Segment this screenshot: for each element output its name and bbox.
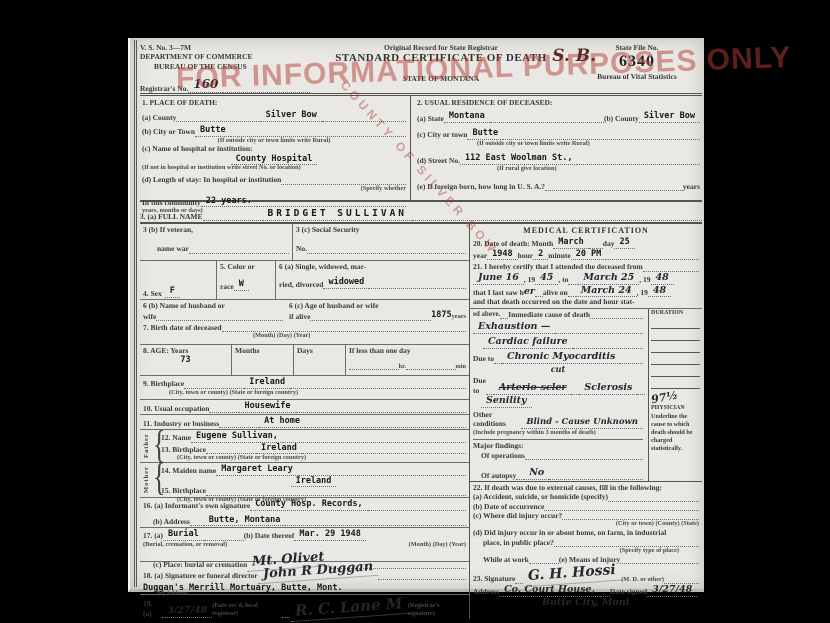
name-war-label: name war xyxy=(143,244,189,253)
race-label: race xyxy=(220,282,234,291)
street-value: 112 East Woolman St., xyxy=(460,153,577,165)
husband-label2: wife xyxy=(143,312,156,321)
birthplace-label: 9. Birthplace xyxy=(143,379,184,388)
bureau-label: Bureau of Vital Statistics xyxy=(572,72,702,81)
autopsy-value: No xyxy=(524,467,549,480)
physician-address2: Butte City, Mont xyxy=(542,597,630,608)
mother-bp-value: Ireland xyxy=(291,476,337,487)
community-label: In this community xyxy=(142,198,201,207)
death-year: 1948 xyxy=(487,249,517,261)
father-block: Father { 12. NameEugene Sullivan, 13. Bi… xyxy=(140,430,469,463)
res-county-label: (b) County xyxy=(604,114,639,123)
cause-of-death-block: DURATION 97½ PHYSICIAN Underline the cau… xyxy=(470,308,702,481)
hospital-label: (c) Name of hospital or institution: xyxy=(142,144,406,153)
injury-where-note: (City or town) (County) (State) xyxy=(473,520,699,528)
date-signed-value: 3/27/48 xyxy=(647,584,697,597)
attended-from: June 16 xyxy=(473,272,524,285)
father-bp-note: (City, town or county) (State or foreign… xyxy=(161,454,466,462)
last-seen-yr: 48 xyxy=(648,285,671,298)
occupation-value: Housewife xyxy=(239,401,295,413)
occurrence-date-label: (b) Date of occurrence xyxy=(473,502,544,511)
years-suffix: years xyxy=(683,182,700,191)
death-hour: 2 xyxy=(533,249,548,261)
due-to-value1b: cut xyxy=(551,364,565,374)
community-value: 22 years. xyxy=(201,196,257,208)
place-and-residence-row: 1. PLACE OF DEATH: (a) CountySilver Bow … xyxy=(140,96,702,202)
stated-line1: and that death occurred on the date and … xyxy=(473,297,699,306)
death-minute: 20 PM xyxy=(571,249,607,261)
external-causes-block: 22. If death was due to external causes,… xyxy=(470,481,702,565)
date-of-death-label: 20. Date of death: Month xyxy=(473,239,553,248)
race-value: W xyxy=(234,279,249,291)
saw-line1: that I last saw h xyxy=(473,288,524,297)
registrar-no-label: Registrar's No. xyxy=(140,84,188,93)
duration-rail: DURATION 97½ PHYSICIAN Underline the cau… xyxy=(648,309,702,481)
res-city-value: Butte xyxy=(467,128,503,140)
foreign-born-label: (e) If foreign born, how long in U. S. A… xyxy=(417,182,545,191)
industry-value: At home xyxy=(259,416,305,428)
original-record-line: Original Record for State Registrar xyxy=(310,43,572,52)
father-side-label: Father xyxy=(143,431,153,461)
day-label: day xyxy=(603,239,615,248)
birth-year-value: 1875 xyxy=(431,310,451,321)
major-findings-label: Major findings: xyxy=(473,441,643,450)
reg19-label: 19. (a) xyxy=(143,599,162,618)
department-line2: BUREAU OF THE CENSUS xyxy=(140,62,310,71)
personal-data-column: 3 (b) If veteran, name war 3 (c) Social … xyxy=(140,224,470,619)
birthdate-label: 7. Birth date of deceased xyxy=(143,323,222,332)
injury-where-label: (c) Where did injury occur? xyxy=(473,511,562,520)
duration-header: DURATION xyxy=(651,310,700,318)
pregnancy-note: (Include pregnancy within 3 months of de… xyxy=(473,429,643,437)
marital-value: widowed xyxy=(323,277,369,289)
medical-certification-column: MEDICAL CERTIFICATION 20. Date of death:… xyxy=(470,224,702,619)
place-of-death-section: 1. PLACE OF DEATH: (a) CountySilver Bow … xyxy=(140,96,411,200)
full-name-label: 3. (a) FULL NAME xyxy=(140,212,203,221)
burial-value: Burial xyxy=(163,529,204,541)
cause-line2: Cardiac failure xyxy=(483,336,573,349)
attended-to-yr: 48 xyxy=(651,272,674,285)
handwritten-sb: S. B. xyxy=(552,46,596,66)
county-label: (a) County xyxy=(142,113,176,122)
certificate-header: V. S. No. 3—7M DEPARTMENT OF COMMERCE BU… xyxy=(140,40,702,96)
due-to-label2: Due to xyxy=(473,376,486,395)
father-bp-value: Ireland xyxy=(256,443,302,455)
ssn-label: 3 (c) Social Security xyxy=(296,225,466,234)
injury-home-label2: place, in public place? xyxy=(473,538,554,547)
mother-name-value: Margaret Leary xyxy=(216,464,298,476)
usual-residence-section: 2. USUAL RESIDENCE OF DECEASED: (a) Stat… xyxy=(411,96,702,200)
department-line1: DEPARTMENT OF COMMERCE xyxy=(140,52,310,61)
injury-home-label1: (d) Did injury occur in or about home, o… xyxy=(473,528,699,537)
physician-signature-block: 23. SignatureG. H. Hossi(M. D. or other)… xyxy=(470,565,702,608)
hr-label: hr. xyxy=(399,363,406,371)
burial-place-label: (c) Place: burial or cremation xyxy=(143,560,247,569)
burial-label: 17. (a) xyxy=(143,531,163,540)
full-name-value: BRIDGET SULLIVAN xyxy=(263,208,413,221)
sec2-title: 2. USUAL RESIDENCE OF DECEASED: xyxy=(417,98,700,107)
due-to-label1: Due to xyxy=(473,354,494,363)
death-certificate-document: FOR INFORMATIONAL PURPOSES ONLY COUNTY O… xyxy=(128,38,704,592)
to-label: , to xyxy=(558,275,568,284)
date-signed-label: Date signed xyxy=(610,587,647,596)
death-day: 25 xyxy=(614,237,634,249)
rural-location-note: (If rural give location) xyxy=(417,165,700,173)
registrar-signature: R. C. Lane M xyxy=(290,594,409,622)
age-value: 73 xyxy=(143,355,228,366)
funeral-sig-label: 18. (a) Signature or funeral director xyxy=(143,571,258,580)
sex-value: F xyxy=(165,286,180,298)
immediate-cause-label: Immediate cause of death xyxy=(508,310,590,319)
underline-instruction: Underline the cause to which death shoul… xyxy=(651,413,700,453)
stay-label: (d) Length of stay: In hospital or insti… xyxy=(142,175,281,184)
father-name-value: Eugene Sullivan, xyxy=(191,431,283,443)
cause-line1: Exhaustion — xyxy=(473,321,555,334)
saw-er: er xyxy=(524,286,535,298)
informant-addr-label: (b) Address xyxy=(143,517,190,526)
veteran-label: 3 (b) If veteran, xyxy=(143,225,289,234)
sex-label: 4. Sex xyxy=(143,289,162,298)
sig23-addr-label: Address xyxy=(473,587,499,596)
birthdate-note: (Month) (Day) (Year) xyxy=(143,332,466,340)
min-label: min xyxy=(456,363,467,371)
certificate-title: STANDARD CERTIFICATE OF DEATH xyxy=(310,52,572,66)
pre19b: , 19 xyxy=(639,275,650,284)
burial-date-note: (Month) (Day) (Year) xyxy=(409,541,466,549)
pre19c: , 19 xyxy=(637,288,648,297)
city-label: (b) City or Town xyxy=(142,127,195,136)
street-note: (If not in hospital or institution write… xyxy=(142,164,406,172)
occupation-label: 10. Usual occupation xyxy=(143,404,209,413)
res-county-value: Silver Bow xyxy=(639,111,700,123)
rural-note: (If outside city or town limits write Ru… xyxy=(142,137,406,145)
due-to-strike: Arterio-scler xyxy=(494,382,572,395)
county-value: Silver Bow xyxy=(261,110,322,122)
place-type-note: (Specify type of place) xyxy=(473,547,699,555)
attended-from-yr: 45 xyxy=(535,272,558,285)
marital-label1: 6 (a) Single, widowed, mar- xyxy=(279,262,466,271)
age-months-label: Months xyxy=(235,346,260,355)
physician-label: PHYSICIAN xyxy=(651,405,700,413)
last-seen-date: March 24 xyxy=(576,285,637,298)
sec1-title: 1. PLACE OF DEATH: xyxy=(142,98,406,107)
burial-date-label: (b) Date thereof xyxy=(244,531,295,540)
registrar-sig-note: (Registrar's signature) xyxy=(408,602,466,618)
reg19-date-value: 3/27/48 xyxy=(162,605,212,618)
informant-value: County Hosp. Records, xyxy=(250,499,367,511)
of-operations-label: Of operations xyxy=(473,451,525,460)
pre19a: , 19 xyxy=(524,275,535,284)
hospital-value: County Hospital xyxy=(231,154,318,165)
age-days-label: Days xyxy=(297,346,313,355)
city-value: Butte xyxy=(195,125,231,137)
year-label: year xyxy=(473,251,487,260)
md-or-other-note: (M. D. or other) xyxy=(621,576,664,584)
spouse-age-label1: 6 (c) Age of husband or wife xyxy=(289,301,378,310)
mother-bp-label: 15. Birthplace xyxy=(161,486,206,495)
due-to-value1: Chronic Myocarditis xyxy=(502,351,620,364)
father-bp-label: 13. Birthplace xyxy=(161,445,206,454)
marital-label2: ried, divorced xyxy=(279,280,323,289)
mother-brace: { xyxy=(153,459,161,504)
mother-block: Mother { 14. Maiden nameMargaret Leary I… xyxy=(140,463,469,498)
screenshot-stage: FOR INFORMATIONAL PURPOSES ONLY COUNTY O… xyxy=(0,0,830,623)
registrar-block: 19. (a) 3/27/48 (Date rec'd, local regis… xyxy=(140,595,469,619)
state-name: STATE OF MONTANA xyxy=(310,74,572,83)
form-number: V. S. No. 3—7M xyxy=(140,43,310,52)
age-label: 8. AGE: Years xyxy=(143,346,228,355)
birthplace-value: Ireland xyxy=(244,377,290,389)
mother-name-label: 14. Maiden name xyxy=(161,466,216,475)
state-label: (a) State xyxy=(417,114,444,123)
certify-line: 21. I hereby certify that I attended the… xyxy=(473,262,643,271)
father-name-label: 12. Name xyxy=(161,433,191,442)
spouse-age-label2: if alive xyxy=(289,312,310,321)
reg19-note: (Date rec'd, local registrar) xyxy=(212,602,282,618)
other-conditions-value: Blind - Cause Unknown xyxy=(521,417,643,429)
stated-line2: ed above. xyxy=(473,311,500,319)
mother-side-label: Mother xyxy=(143,464,153,496)
external-causes-title: 22. If death was due to external causes,… xyxy=(473,483,699,492)
death-month: March xyxy=(553,237,589,249)
ssn-no-label: No. xyxy=(296,244,307,253)
color-label: 5. Color or xyxy=(220,262,272,271)
while-at-work-label: While at work xyxy=(473,555,529,564)
registrar-no-value: 160 xyxy=(188,77,223,93)
medical-cert-title: MEDICAL CERTIFICATION xyxy=(470,224,702,236)
other-conditions-label: Other conditions xyxy=(473,410,521,429)
informant-addr-value: Butte, Montana xyxy=(204,515,286,527)
minute-label: minute xyxy=(548,251,571,260)
res-city-label: (c) City or town xyxy=(417,130,467,139)
of-autopsy-label: Of autopsy xyxy=(473,471,516,480)
burial-block: 17. (a)Burial(b) Date thereofMar. 29 194… xyxy=(140,528,469,562)
accident-label: (a) Accident, suicide, or homicide (spec… xyxy=(473,492,608,501)
street-label: (d) Street No. xyxy=(417,156,460,165)
spouse-years-suffix: years xyxy=(452,313,466,321)
less-than-day-label: If less than one day xyxy=(349,346,466,355)
birthplace-note: (City, town or county) (State or foreign… xyxy=(143,389,466,397)
saw-line2: alive on xyxy=(543,288,568,297)
physician-address: Co. Court House, xyxy=(499,584,600,597)
attended-to: March 25 xyxy=(578,272,639,285)
burial-note: (Burial, cremation, or removal) xyxy=(143,541,227,549)
due-to-value2: Sclerosis xyxy=(579,382,637,395)
hour-label: hour xyxy=(518,251,533,260)
sig23-label: 23. Signature xyxy=(473,574,515,583)
state-value: Montana xyxy=(444,111,490,123)
burial-date-value: Mar. 29 1948 xyxy=(294,529,365,541)
senility-value: Senility xyxy=(481,395,532,408)
husband-label1: 6 (b) Name of husband or xyxy=(143,301,225,310)
res-rural-note: (If outside city or town limits write Ru… xyxy=(417,140,700,148)
specify-note: (Specify whether xyxy=(142,185,406,193)
